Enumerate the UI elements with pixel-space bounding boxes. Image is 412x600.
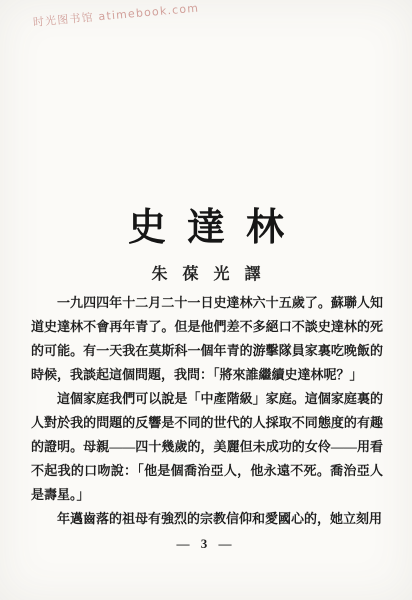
- body-text: 一九四四年十二月二十一日史達林六十五歲了。蘇聯人知道史達林不會再年青了。但是他們…: [31, 291, 383, 531]
- watermark-text: 时光图书馆 atimebook.com: [32, 0, 199, 30]
- book-page: 时光图书馆 atimebook.com 史達林 朱葆光譯 一九四四年十二月二十一…: [0, 0, 412, 600]
- paragraph: 這個家庭我們可以說是「中產階級」家庭。這個家庭裏的人對於我的問題的反響是不同的世…: [31, 387, 383, 507]
- paragraph: 年邁齒落的祖母有強烈的宗教信仰和愛國心的，她立刻用: [31, 507, 383, 531]
- page-number: — 3 —: [0, 536, 412, 552]
- page-title: 史達林: [0, 204, 412, 252]
- paragraph: 一九四四年十二月二十一日史達林六十五歲了。蘇聯人知道史達林不會再年青了。但是他們…: [31, 291, 383, 387]
- author-line: 朱葆光譯: [0, 261, 412, 284]
